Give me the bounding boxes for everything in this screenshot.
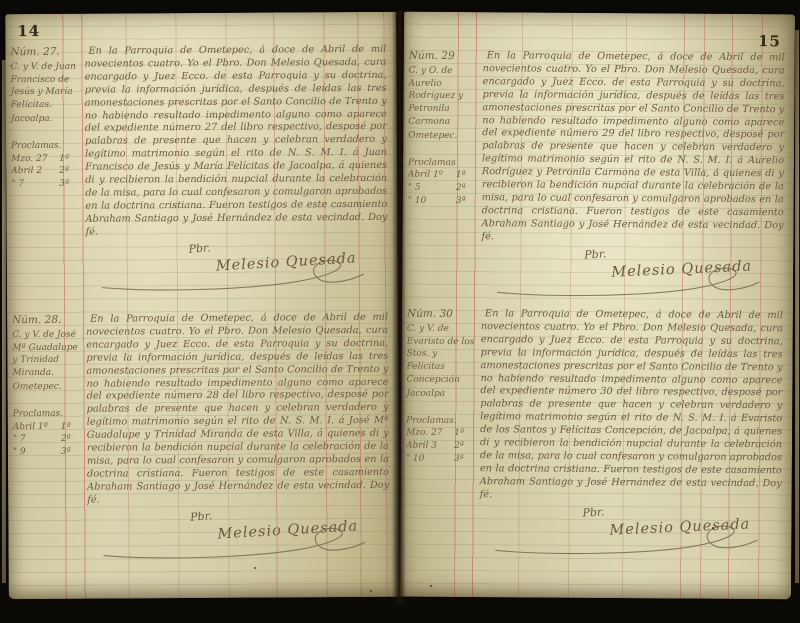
signature-block: Pbr. Melesio Quesada (87, 507, 389, 561)
entry-28-margin-note: Núm. 28. C. y V. de José Mª Guadalupe y … (7, 314, 88, 562)
marriage-entry-29: Núm. 29 C. y O. de Aurelio Rodríguez y P… (402, 50, 795, 300)
proclama-row: " 7 2ª (13, 433, 84, 446)
proclamas-label: Proclamas (408, 156, 479, 169)
page-number-right: 15 (758, 32, 781, 50)
signature-block: Pbr. Melesio Quesada (479, 504, 781, 558)
signature-title: Pbr. (188, 242, 211, 257)
entry-27-body: En la Parroquia de Ometepec, á doce de A… (84, 44, 398, 293)
right-page: 15 Núm. 29 C. y O. de Aurelio Rodríguez … (400, 12, 795, 600)
proclamas-block: Proclamas Abril 1º 1ª " 5 2ª " 10 3ª (408, 156, 479, 208)
ink-speck (430, 585, 432, 587)
register-book-photo: 14 Núm. 27. C. y V. de Juan Francisco de… (0, 0, 800, 623)
proclamas-label: Proclamas. (406, 414, 477, 427)
entry-parties: C. y V. de Juan Francisco de Jesús y Mar… (11, 61, 82, 113)
proclama-row: " 7 3ª (11, 178, 82, 191)
ink-speck (254, 567, 256, 569)
proclama-row: " 10 3ª (408, 195, 479, 208)
proclama-date: " 10 (406, 453, 454, 466)
proclama-date: " 7 (13, 433, 61, 446)
signature-title: Pbr. (584, 248, 607, 262)
entry-place: Ometepec. (12, 381, 83, 394)
proclama-ordinal: 3ª (456, 195, 466, 208)
marriage-entry-30: Núm. 30 C. y V. de Evaristo de los Stos.… (400, 308, 793, 558)
proclama-row: Mzo. 27 1ª (406, 427, 477, 440)
marriage-entry-28: Núm. 28. C. y V. de José Mª Guadalupe y … (7, 312, 400, 562)
proclamas-label: Proclamas. (13, 408, 84, 421)
proclama-row: " 5 2ª (408, 182, 479, 195)
left-page: 14 Núm. 27. C. y V. de Juan Francisco de… (5, 12, 400, 599)
entry-number: Núm. 30 (407, 308, 478, 321)
proclama-date: " 9 (13, 446, 61, 459)
proclama-ordinal: 3ª (59, 178, 69, 191)
proclamas-block: Proclamas. Abril 1º 1ª " 7 2ª " 9 3ª (13, 408, 84, 460)
proclama-row: Abril 3 2ª (406, 440, 477, 453)
proclama-ordinal: 3ª (61, 446, 71, 459)
proclama-ordinal: 1ª (59, 152, 69, 165)
proclama-date: Abril 3 (406, 440, 454, 453)
ink-speck (370, 590, 372, 592)
entry-place: Jacoalpa. (11, 113, 82, 126)
entry-28-body: En la Parroquia de Ometepec, á doce de A… (86, 312, 400, 561)
act-text: En la Parroquia de Ometepec, á doce de A… (86, 312, 389, 507)
proclama-date: Mzo. 27 (11, 152, 59, 165)
page-number-left: 14 (17, 22, 40, 40)
page-edge-right (795, 30, 799, 583)
proclamas-label: Proclamas. (11, 140, 82, 153)
proclama-ordinal: 1ª (454, 427, 464, 440)
act-text: En la Parroquia de Ometepec, á doce de A… (481, 50, 784, 246)
proclama-date: " 5 (408, 182, 456, 195)
proclama-row: " 10 3ª (406, 453, 477, 466)
proclama-date: Mzo. 27 (406, 427, 454, 440)
entry-29-margin-note: Núm. 29 C. y O. de Aurelio Rodríguez y P… (402, 50, 483, 298)
marriage-entry-27: Núm. 27. C. y V. de Juan Francisco de Je… (5, 44, 398, 294)
signature-block: Pbr. Melesio Quesada (86, 239, 388, 293)
entry-27-margin-note: Núm. 27. C. y V. de Juan Francisco de Je… (5, 46, 86, 294)
proclama-row: Mzo. 27 1ª (11, 152, 82, 165)
proclama-date: " 7 (11, 178, 59, 191)
entry-number: Núm. 28. (12, 314, 83, 327)
entry-29-body: En la Parroquia de Ometepec, á doce de A… (481, 50, 795, 300)
signature-title: Pbr. (582, 506, 605, 520)
proclama-ordinal: 1ª (456, 169, 466, 182)
proclamas-block: Proclamas. Mzo. 27 1ª Abril 2 2ª " 7 3ª (11, 140, 82, 192)
proclama-date: Abril 1º (408, 169, 456, 182)
proclamas-block: Proclamas. Mzo. 27 1ª Abril 3 2ª " 10 3ª (406, 414, 477, 466)
act-text: En la Parroquia de Ometepec, á doce de A… (480, 308, 783, 504)
proclama-ordinal: 2ª (456, 182, 466, 195)
entry-place: Jacoalpa (406, 387, 477, 400)
proclama-row: Abril 1º 1ª (13, 420, 84, 433)
proclama-row: " 9 3ª (13, 446, 84, 459)
proclama-ordinal: 3ª (454, 453, 464, 466)
entry-parties: C. y O. de Aurelio Rodríguez y Petronila… (408, 64, 479, 128)
book-gutter (392, 10, 406, 605)
proclama-ordinal: 2ª (59, 165, 69, 178)
proclama-date: " 10 (408, 195, 456, 208)
entry-number: Núm. 27. (10, 46, 81, 59)
signature-block: Pbr. Melesio Quesada (481, 246, 783, 300)
proclama-date: Abril 1º (13, 420, 61, 433)
proclama-ordinal: 1ª (61, 420, 71, 433)
proclama-ordinal: 2ª (61, 433, 71, 446)
entry-parties: C. y V. de Evaristo de los Stos. y Felic… (406, 322, 477, 386)
ink-speck (712, 527, 714, 529)
proclama-date: Abril 2 (11, 165, 59, 178)
proclama-ordinal: 2ª (454, 440, 464, 453)
entry-30-margin-note: Núm. 30 C. y V. de Evaristo de los Stos.… (400, 308, 481, 556)
entry-place: Ometepec. (408, 129, 479, 142)
act-text: En la Parroquia de Ometepec, á doce de A… (84, 44, 387, 239)
entry-30-body: En la Parroquia de Ometepec, á doce de A… (479, 308, 793, 558)
signature-title: Pbr. (190, 510, 213, 525)
entry-number: Núm. 29 (409, 50, 480, 63)
entry-parties: C. y V. de José Mª Guadalupe y Trinidad … (12, 329, 83, 381)
proclama-row: Abril 2 2ª (11, 165, 82, 178)
proclama-row: Abril 1º 1ª (408, 169, 479, 182)
